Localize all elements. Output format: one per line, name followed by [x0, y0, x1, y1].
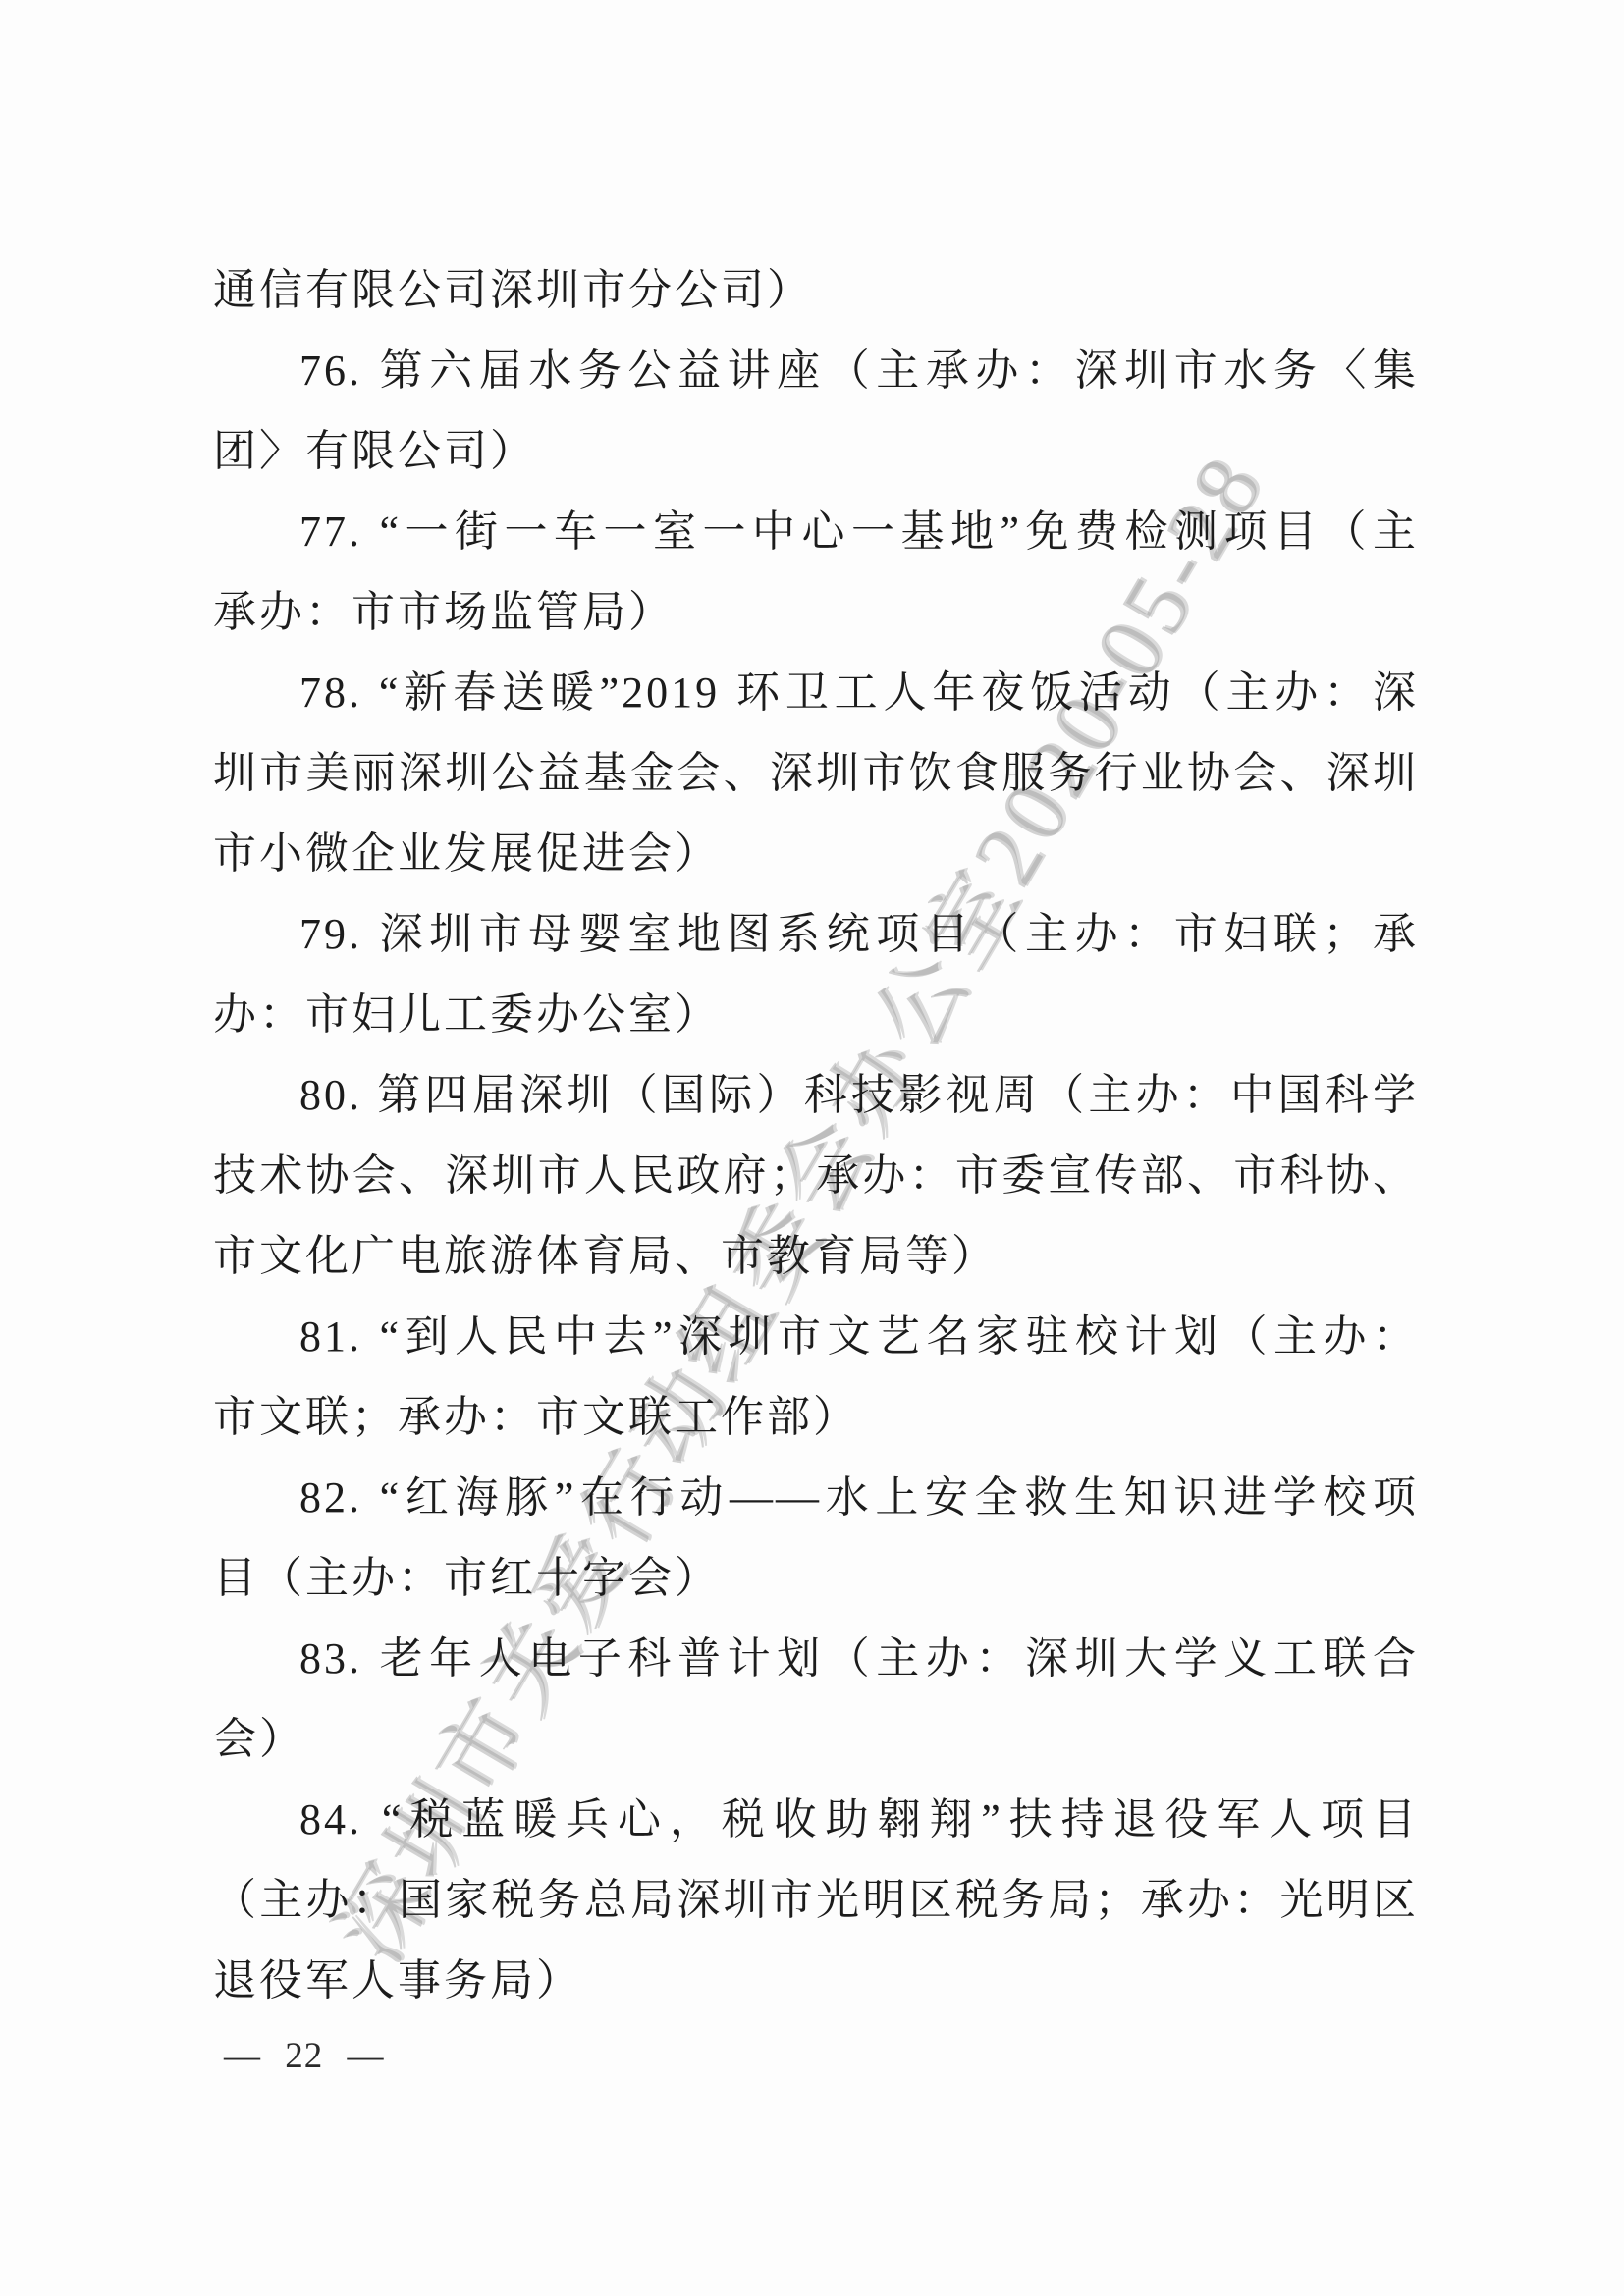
text-line: 圳市美丽深圳公益基金会、深圳市饮食服务行业协会、深圳: [213, 733, 1419, 814]
text-line: 76. 第六届水务公益讲座（主承办：深圳市水务〈集: [213, 331, 1419, 411]
text-line: 退役军人事务局）: [213, 1941, 1419, 2021]
text-line: 市文联；承办：市文联工作部）: [213, 1377, 1419, 1458]
text-line: （主办：国家税务总局深圳市光明区税务局；承办：光明区: [213, 1860, 1419, 1941]
text-line: 83. 老年人电子科普计划（主办：深圳大学义工联合: [213, 1619, 1419, 1699]
text-line: 会）: [213, 1699, 1419, 1780]
text-line: 团〉有限公司）: [213, 411, 1419, 492]
text-line: 80. 第四届深圳（国际）科技影视周（主办：中国科学: [213, 1055, 1419, 1136]
document-page: { "document": { "paper_color": "#fdfdfd"…: [0, 0, 1624, 2296]
text-line: 81. “到人民中去”深圳市文艺名家驻校计划（主办：: [213, 1297, 1419, 1377]
text-line: 79. 深圳市母婴室地图系统项目（主办：市妇联；承: [213, 894, 1419, 975]
text-line: 84. “税蓝暖兵心，税收助翱翔”扶持退役军人项目: [213, 1780, 1419, 1860]
text-line: 市小微企业发展促进会）: [213, 814, 1419, 894]
text-line: 78. “新春送暖”2019 环卫工人年夜饭活动（主办：深: [213, 653, 1419, 733]
document-text-block: 通信有限公司深圳市分公司） 76. 第六届水务公益讲座（主承办：深圳市水务〈集 …: [213, 250, 1419, 2021]
text-line: 技术协会、深圳市人民政府；承办：市委宣传部、市科协、: [213, 1136, 1419, 1216]
page-number: — 22 —: [224, 2034, 385, 2079]
text-line: 办：市妇儿工委办公室）: [213, 975, 1419, 1055]
text-line: 77. “一街一车一室一中心一基地”免费检测项目（主: [213, 492, 1419, 572]
text-line: 承办：市市场监管局）: [213, 572, 1419, 653]
text-line: 目（主办：市红十字会）: [213, 1538, 1419, 1619]
text-line: 82. “红海豚”在行动——水上安全救生知识进学校项: [213, 1458, 1419, 1538]
text-line: 市文化广电旅游体育局、市教育局等）: [213, 1216, 1419, 1297]
text-line: 通信有限公司深圳市分公司）: [213, 250, 1419, 331]
